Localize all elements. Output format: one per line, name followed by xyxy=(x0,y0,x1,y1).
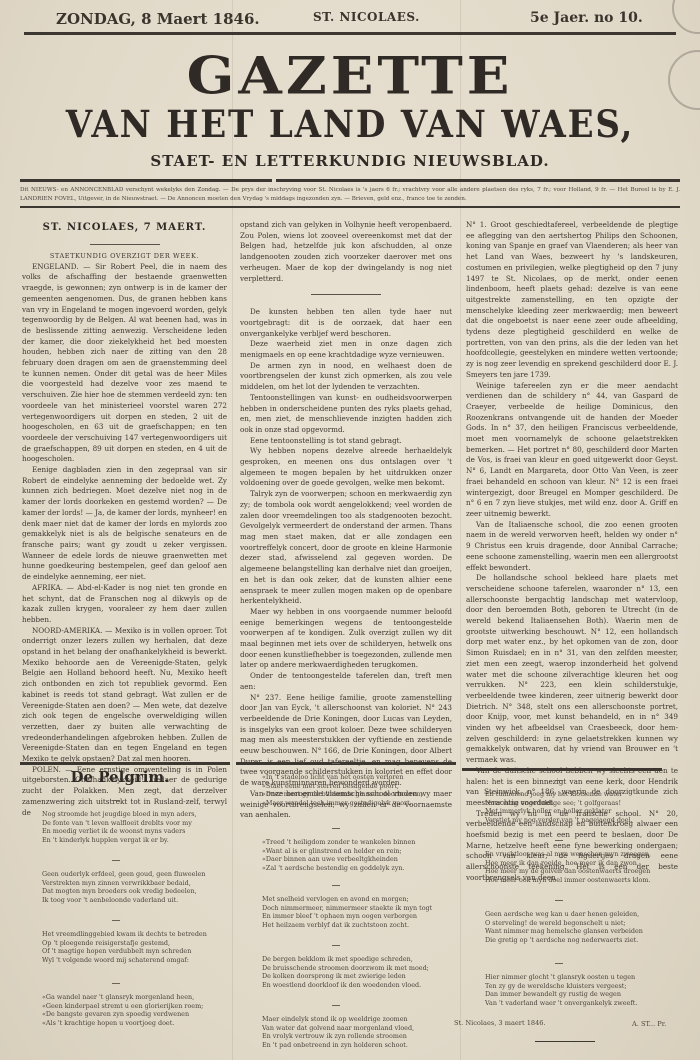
poem-line: Verstrekten myn zinnen verwrikkbaer beda… xyxy=(42,879,205,888)
ornament-divider xyxy=(311,294,381,295)
poem-stanza: Maer eindelyk stond ik op weeldrige zoom… xyxy=(262,1015,414,1049)
poem-line: Ik toog voor 't aenbeloonde vaderland ui… xyxy=(42,896,205,905)
poem-line: «Treed 't heiligdom zonder te wankelen b… xyxy=(262,838,415,847)
poem-stanza: Het vreemdlinggebied kwam ik dechts te b… xyxy=(42,930,207,964)
newspaper-page: ZONDAG, 8 Maert 1846. ST. NICOLAES. 5e J… xyxy=(0,0,700,1060)
ornament-divider xyxy=(90,244,160,245)
poem-stanza: Geen ouderlyk erfdeel, geen goud, geen f… xyxy=(42,870,205,904)
poem-line: Doch nimmermeer, nimmermeer staekte ik m… xyxy=(262,904,432,913)
poem-stanza: En vruchtloos was al myn wenscher, myn z… xyxy=(485,850,651,884)
stanza-divider xyxy=(332,828,340,829)
stanza-divider xyxy=(332,885,340,886)
poem-line: De kolken doorsprong ik met zwierige led… xyxy=(262,972,429,981)
poem-line: Dan immer bewandelt gy rustig de wegen xyxy=(485,990,637,999)
poem-stanza: Hier nimmer glocht 't glansryk oosten u … xyxy=(485,973,637,1007)
poem-line: Met snelheid vervlogen en avond en morge… xyxy=(262,895,432,904)
issue-date: ZONDAG, 8 Maert 1846. xyxy=(56,10,260,28)
article-paragraph: AFRIKA. — Abd-el-Kader is nog niet ten g… xyxy=(22,583,227,626)
issue-place: ST. NICOLAES. xyxy=(313,10,420,24)
poem-line: En vruchtloos was al myn wenscher, myn z… xyxy=(485,850,651,859)
poem-line: «Daer moet gy de blinkende glansen doorb… xyxy=(262,790,423,799)
stanza-divider xyxy=(555,900,563,901)
poem-line: «Staet eene met sterren besagende poort, xyxy=(262,782,423,791)
library-stamp xyxy=(672,0,700,34)
poem-line: En tuimelend joeg my het klotsende water xyxy=(485,790,633,799)
article-paragraph: Deze waerheid ziet men in onze dagen zic… xyxy=(240,339,452,360)
poem-line: Het heilzaem verblyf dat ik zuchtstoon z… xyxy=(262,921,432,930)
stanza-divider xyxy=(112,800,120,801)
poem-line: Of 't magtige hopen verdubbelt myn schre… xyxy=(42,947,207,956)
poem-line: «Zal 't aerdsche bestendig en goddelyk z… xyxy=(262,864,415,873)
article-paragraph: Tentoonstellingen van kunst- en oudheids… xyxy=(240,393,452,436)
poem-line: Geen aerdsche weg kan u daer henen gelei… xyxy=(485,910,643,919)
poem-line: De fonte van 't leven walfloeit dreblts … xyxy=(42,819,197,828)
poem-stanza: Geen aerdsche weg kan u daer henen gelei… xyxy=(485,910,643,944)
stanza-divider xyxy=(112,920,120,921)
poem-stanza: Met snelheid vervlogen en avond en morge… xyxy=(262,895,432,929)
poem-line: Hoe meer ik dan roeide, hoe meer ik dan … xyxy=(485,859,651,868)
article-paragraph: N° 1. Groot geschiedtafereel, verbeelden… xyxy=(466,220,678,381)
poem-line: En 't kinderlyk hupplen vergat ik er by. xyxy=(42,836,197,845)
poem-line: En vrolyk vertrouw ik zyn rollende stroo… xyxy=(262,1032,414,1041)
article-paragraph: De hollandsche school bekleed hare plaet… xyxy=(466,573,678,766)
poem-stanza: «Ga wandel naer 't glansryk morgenland h… xyxy=(42,993,203,1027)
poem-line: Van water dat golvend naar morgenland vl… xyxy=(262,1024,414,1033)
poem-line: Hoe meer my de golven dan oostenwaerts d… xyxy=(485,867,651,876)
stanza-divider xyxy=(332,945,340,946)
newspaper-subtitle: STAET- EN LETTERKUNDIG NIEUWSBLAD. xyxy=(0,152,700,170)
poem-line: Het vreemdlinggebied kwam ik dechts te b… xyxy=(42,930,207,939)
masthead-rule xyxy=(24,32,676,35)
feuilleton-rule xyxy=(236,762,456,765)
imprint-rule xyxy=(20,206,680,208)
stanza-divider xyxy=(112,983,120,984)
issue-number: 5e Jaer. no 10. xyxy=(530,10,643,26)
poem-line: «De bangste gevaren zyn spoedig verdwene… xyxy=(42,1010,203,1019)
stanza-divider xyxy=(112,860,120,861)
poem-line: Van 't vaderland waer 't onvergankelyk z… xyxy=(485,999,637,1008)
article-paragraph: Eenige dagbladen zien in den zegepraal v… xyxy=(22,465,227,583)
feuilleton-rule xyxy=(20,762,230,765)
article-paragraph: ENGELAND. — Sir Robert Peel, die in naem… xyxy=(22,262,227,465)
column-2: opstand zich van gelyken in Volhynie hee… xyxy=(240,220,452,821)
ornament-divider xyxy=(535,1041,595,1042)
masthead-rule xyxy=(276,179,680,182)
poem-line: En 't pad onbetreend in zyn holderen sch… xyxy=(262,1041,414,1050)
poem-line: Dat mogten myn broeders ook vredig bedee… xyxy=(42,887,205,896)
poem-line: Wyl 't volgende woord mij schaterend omg… xyxy=(42,956,207,965)
imprint-notice: Dit NIEUWS- en ANNONCENBLAD verschynt we… xyxy=(20,186,680,204)
poem-line: En woestlend doorkloof ik den woedenden … xyxy=(262,981,429,990)
section-heading: ST. NICOLAES, 7 MAERT. xyxy=(22,222,227,233)
poem-line: Maer eindelyk stond ik op weeldrige zoom… xyxy=(262,1015,414,1024)
article-paragraph: Wy hebben nopens dezelve alreede herhael… xyxy=(240,446,452,489)
stanza-divider xyxy=(555,963,563,964)
poem-line: Op 't ploegende reisigerstafje gestemd, xyxy=(42,939,207,948)
article-paragraph: De kunsten hebben ten allen tyde haer nu… xyxy=(240,307,452,339)
poem-line: Nog stroomde het jeugdige bloed in myn a… xyxy=(42,810,197,819)
poem-line: Die gretig op 't aerdsche nog nederwaert… xyxy=(485,936,643,945)
newspaper-title: GAZETTE xyxy=(0,48,700,103)
poem-line: «In 't stadeloo licht van het oosten ver… xyxy=(262,773,423,782)
column-1: STAETKUNDIG OVERZIGT DER WEEK. ENGELAND.… xyxy=(22,238,227,818)
poem-line: «Want al is er glinstrend en helder en r… xyxy=(262,847,415,856)
poem-stanza: «In 't stadeloo licht van het oosten ver… xyxy=(262,773,423,807)
poem-place-date: St. Nicolaes, 3 maert 1846. xyxy=(454,1019,546,1027)
article-paragraph: NOORD-AMERIKA. — Mexiko is in vollen opr… xyxy=(22,626,227,765)
poem-line: «Ga wandel naer 't glansryk morgenland h… xyxy=(42,993,203,1002)
poem-stanza: En tuimelend joeg my het klotsende water… xyxy=(485,790,633,824)
stanza-divider xyxy=(555,780,563,781)
article-paragraph: Maer wy hebben in ons voorgaende nummer … xyxy=(240,607,452,671)
poem-line: Geen ouderlyk erfdeel, geen goud, geen f… xyxy=(42,870,205,879)
poem-line: «Als 't krachtige hopen u voortjoeg doet… xyxy=(42,1019,203,1028)
poem-line: En moedig verliet ik de woonst myns vade… xyxy=(42,827,197,836)
column-3: N° 1. Groot geschiedtafereel, verbeelden… xyxy=(466,220,678,884)
poem-line: Met immerlyk holler en holler geklater xyxy=(485,807,633,816)
poem-line: Ten zy gy de wereldsche kluisters vergee… xyxy=(485,982,637,991)
poem-line: Want nimmer mag hemelsche glansen verbei… xyxy=(485,927,643,936)
article-paragraph: Weinige tafereelen zyn er die meer aenda… xyxy=(466,381,678,520)
poem-stanza: De bergen bekklom ik met spoedige schred… xyxy=(262,955,429,989)
article-paragraph: De armen zyn in nood, en welhaest doen d… xyxy=(240,361,452,393)
article-paragraph: opstand zich van gelyken in Volhynie hee… xyxy=(240,220,452,284)
poem-line: Naer eene ongeduldige see; 't golfgeraas… xyxy=(485,799,633,808)
feuilleton-rule xyxy=(462,768,662,771)
poem-line: De bruisschende stroomen doorzwom ik met… xyxy=(262,964,429,973)
poem-stanza: Nog stroomde het jeugdige bloed in myn a… xyxy=(42,810,197,844)
poem-line: Verstiet my nog verder van 't nagejaegd … xyxy=(485,816,633,825)
article-heading: STAETKUNDIG OVERZIGT DER WEEK. xyxy=(22,251,227,262)
newspaper-title-line2: VAN HET LAND VAN WAES, xyxy=(28,102,672,146)
stanza-divider xyxy=(332,763,340,764)
article-paragraph: Eene tentoonstelling is tot stand gebrag… xyxy=(240,436,452,447)
article-paragraph: Van de Italiaensche school, die zoo eene… xyxy=(466,520,678,574)
poem-signature: A. ST... Pr. xyxy=(632,1020,666,1028)
poem-line: Hier nimmer glocht 't glansryk oosten u … xyxy=(485,973,637,982)
poem-stanza: «Treed 't heiligdom zonder te wankelen b… xyxy=(262,838,415,872)
poem-line: Hoe meer ook myn doel immer oostenwaerts… xyxy=(485,876,651,885)
poem-line: En immer bleef 't ophaen myn oogen verbo… xyxy=(262,912,432,921)
poem-line: «Daer binnen aan uwe verbeeltgkheinden xyxy=(262,855,415,864)
poem-line: De bergen bekklom ik met spoedige schred… xyxy=(262,955,429,964)
stanza-divider xyxy=(555,840,563,841)
masthead-rule xyxy=(20,179,272,182)
article-paragraph: Onder de tentoongestelde taferelen dan, … xyxy=(240,671,452,692)
poem-title: De Pelgrim. xyxy=(0,768,240,786)
stanza-divider xyxy=(332,1005,340,1006)
masthead-topline: ZONDAG, 8 Maert 1846. ST. NICOLAES. 5e J… xyxy=(30,10,670,30)
poem-line: «Geen kinderpael stremt u een glorierijk… xyxy=(42,1002,203,1011)
poem-line: O sterveling! de wereld begonschelt u ni… xyxy=(485,919,643,928)
poem-line: «Maer wandel toch immer gestadigelyk voo… xyxy=(262,799,423,808)
article-paragraph: Talryk zyn de voorwerpen; schoon en merk… xyxy=(240,489,452,607)
